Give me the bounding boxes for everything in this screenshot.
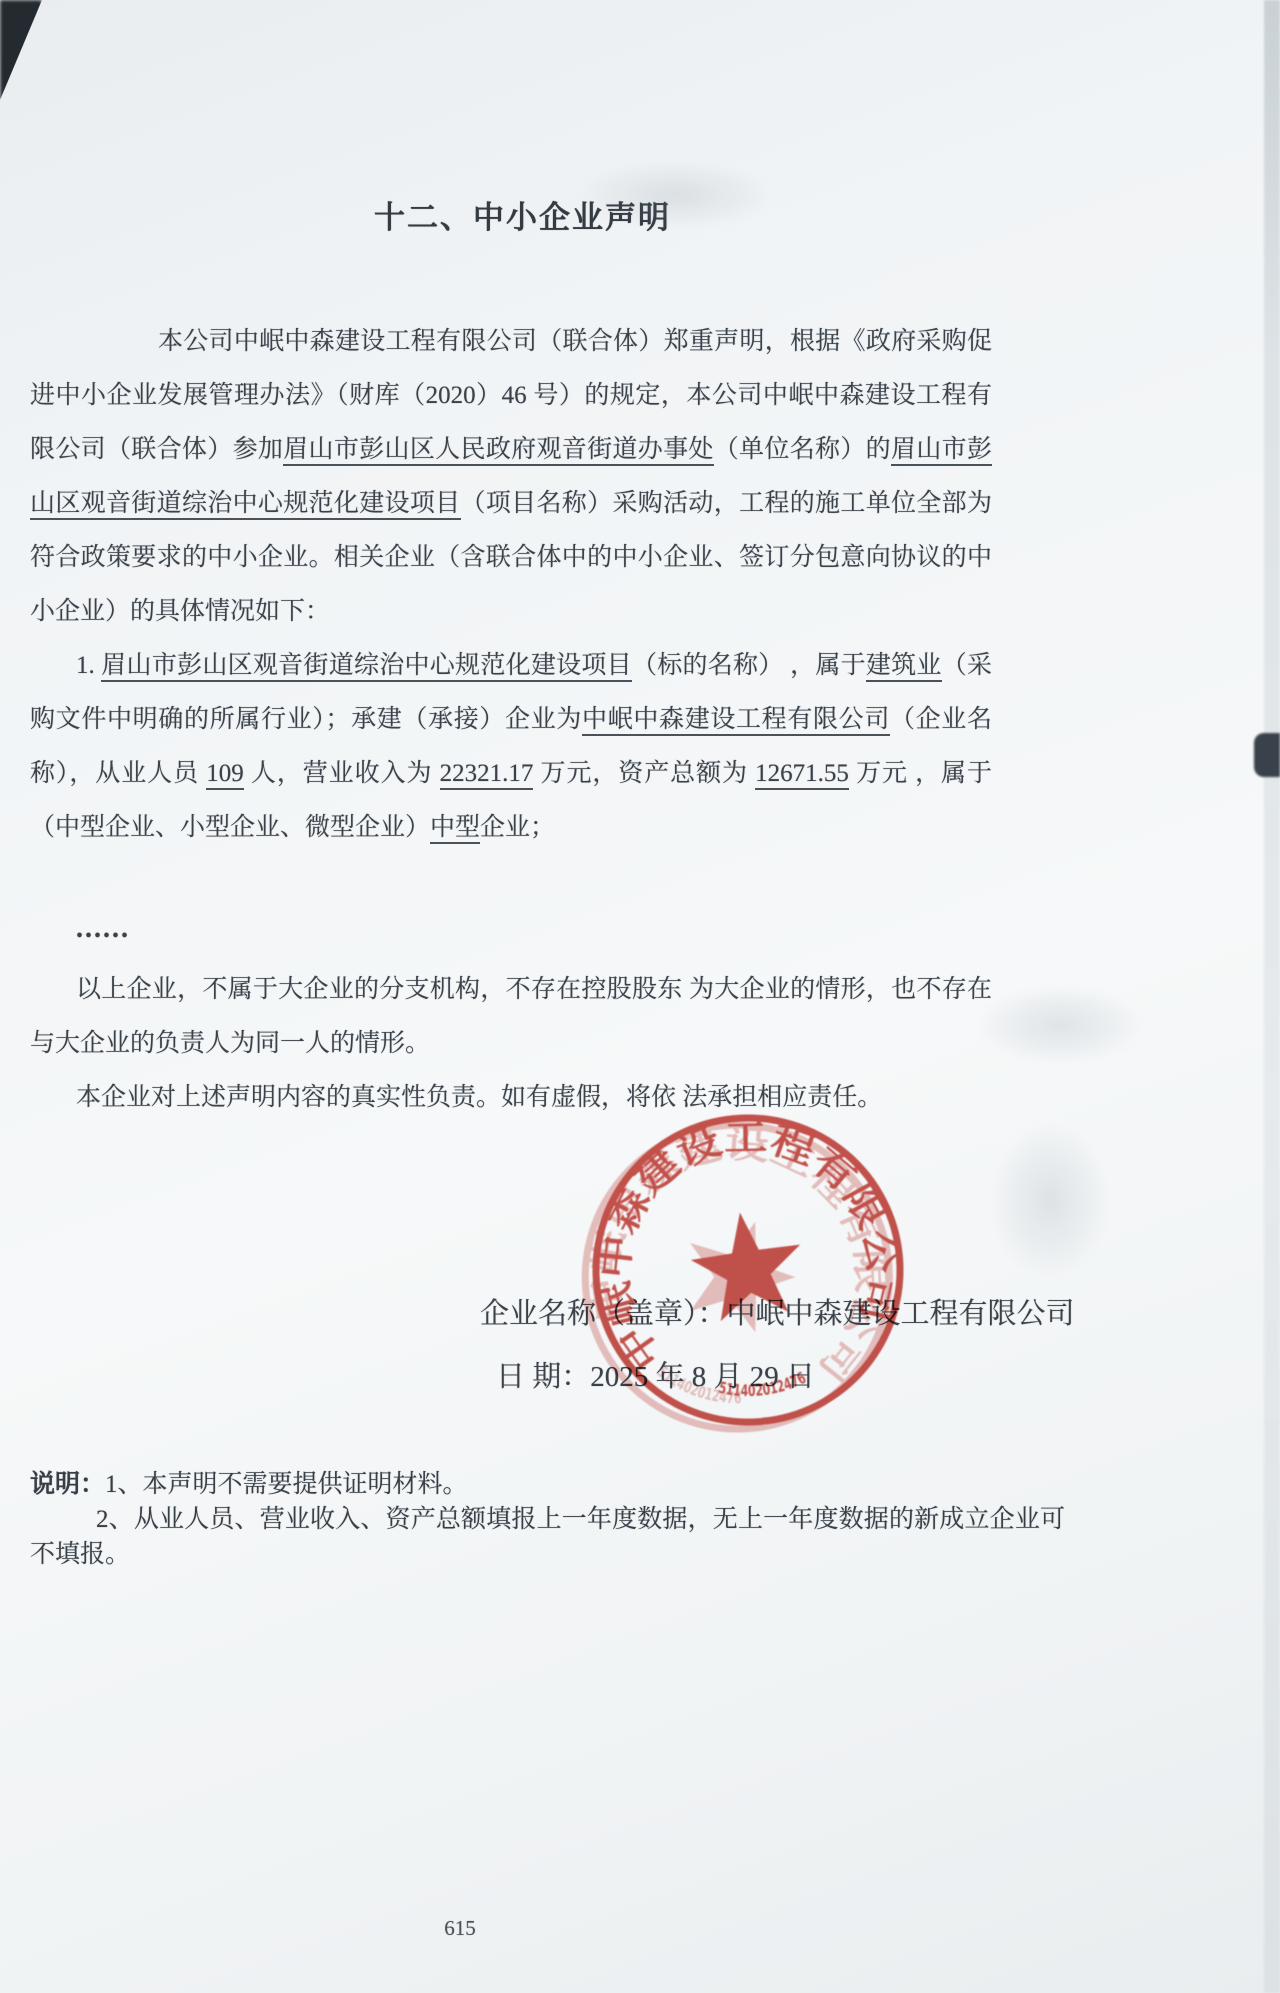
bleed-through-smudge: [990, 1120, 1110, 1280]
document-title: 十二、中小企业声明: [30, 192, 1015, 237]
notes-label: 说明：: [30, 1470, 105, 1498]
company-seal-stamp: 中岷中森建设工程有限公司 511402012476: [556, 1078, 940, 1462]
scanned-document-page: 十二、中小企业声明 本公司中岷中森建设工程有限公司（联合体）郑重声明，根据《政府…: [0, 0, 1280, 1993]
text-run: （单位名称）的: [714, 436, 891, 463]
employee-count-underlined: 109: [206, 760, 244, 790]
text-run: 人，营业收入为: [244, 760, 440, 787]
scan-corner-artifact: [0, 0, 42, 100]
note-item-1-line: 说明：1、本声明不需要提供证明材料。: [30, 1467, 1065, 1502]
bleed-through-smudge: [975, 985, 1145, 1065]
enterprise-item-paragraph: 1. 眉山市彭山区观音街道综治中心规范化建设项目（标的名称） ，属于建筑业（采购…: [30, 639, 992, 855]
note-item-1: 1、本声明不需要提供证明材料。: [105, 1471, 468, 1498]
item-number: 1.: [76, 652, 101, 679]
assets-underlined: 12671.55: [755, 760, 849, 790]
revenue-underlined: 22321.17: [440, 760, 534, 790]
page-number: 615: [0, 1916, 920, 1941]
scan-edge-shadow: [1264, 0, 1280, 1993]
text-run: 万元，资产总额为: [533, 760, 755, 787]
text-run: （标的名称） ，属于: [632, 652, 866, 679]
text-run: 企业；: [480, 814, 555, 841]
enterprise-type-underlined: 中型: [430, 814, 480, 844]
no-large-enterprise-paragraph: 以上企业，不属于大企业的分支机构，不存在控股股东 为大企业的情形，也不存在与大企…: [30, 963, 992, 1071]
notes-block: 说明：1、本声明不需要提供证明材料。 2、从业人员、营业收入、资产总额填报上一年…: [30, 1467, 1065, 1572]
subject-name-underlined: 眉山市彭山区观音街道综治中心规范化建设项目: [101, 652, 632, 682]
declaration-intro-paragraph: 本公司中岷中森建设工程有限公司（联合体）郑重声明，根据《政府采购促进中小企业发展…: [30, 315, 992, 639]
bleed-through-smudge: [575, 160, 775, 230]
note-item-2: 2、从业人员、营业收入、资产总额填报上一年度数据，无上一年度数据的新成立企业可不…: [30, 1502, 1065, 1572]
seal-double-strike: [556, 1083, 930, 1462]
unit-name-underlined: 眉山市彭山区人民政府观音街道办事处: [283, 436, 714, 466]
document-body: 本公司中岷中森建设工程有限公司（联合体）郑重声明，根据《政府采购促进中小企业发展…: [30, 315, 992, 1125]
ellipsis-line: ......: [30, 909, 992, 949]
scan-notch-artifact: [1254, 733, 1280, 777]
enterprise-name-underlined: 中岷中森建设工程有限公司: [582, 706, 890, 736]
industry-underlined: 建筑业: [866, 652, 942, 682]
